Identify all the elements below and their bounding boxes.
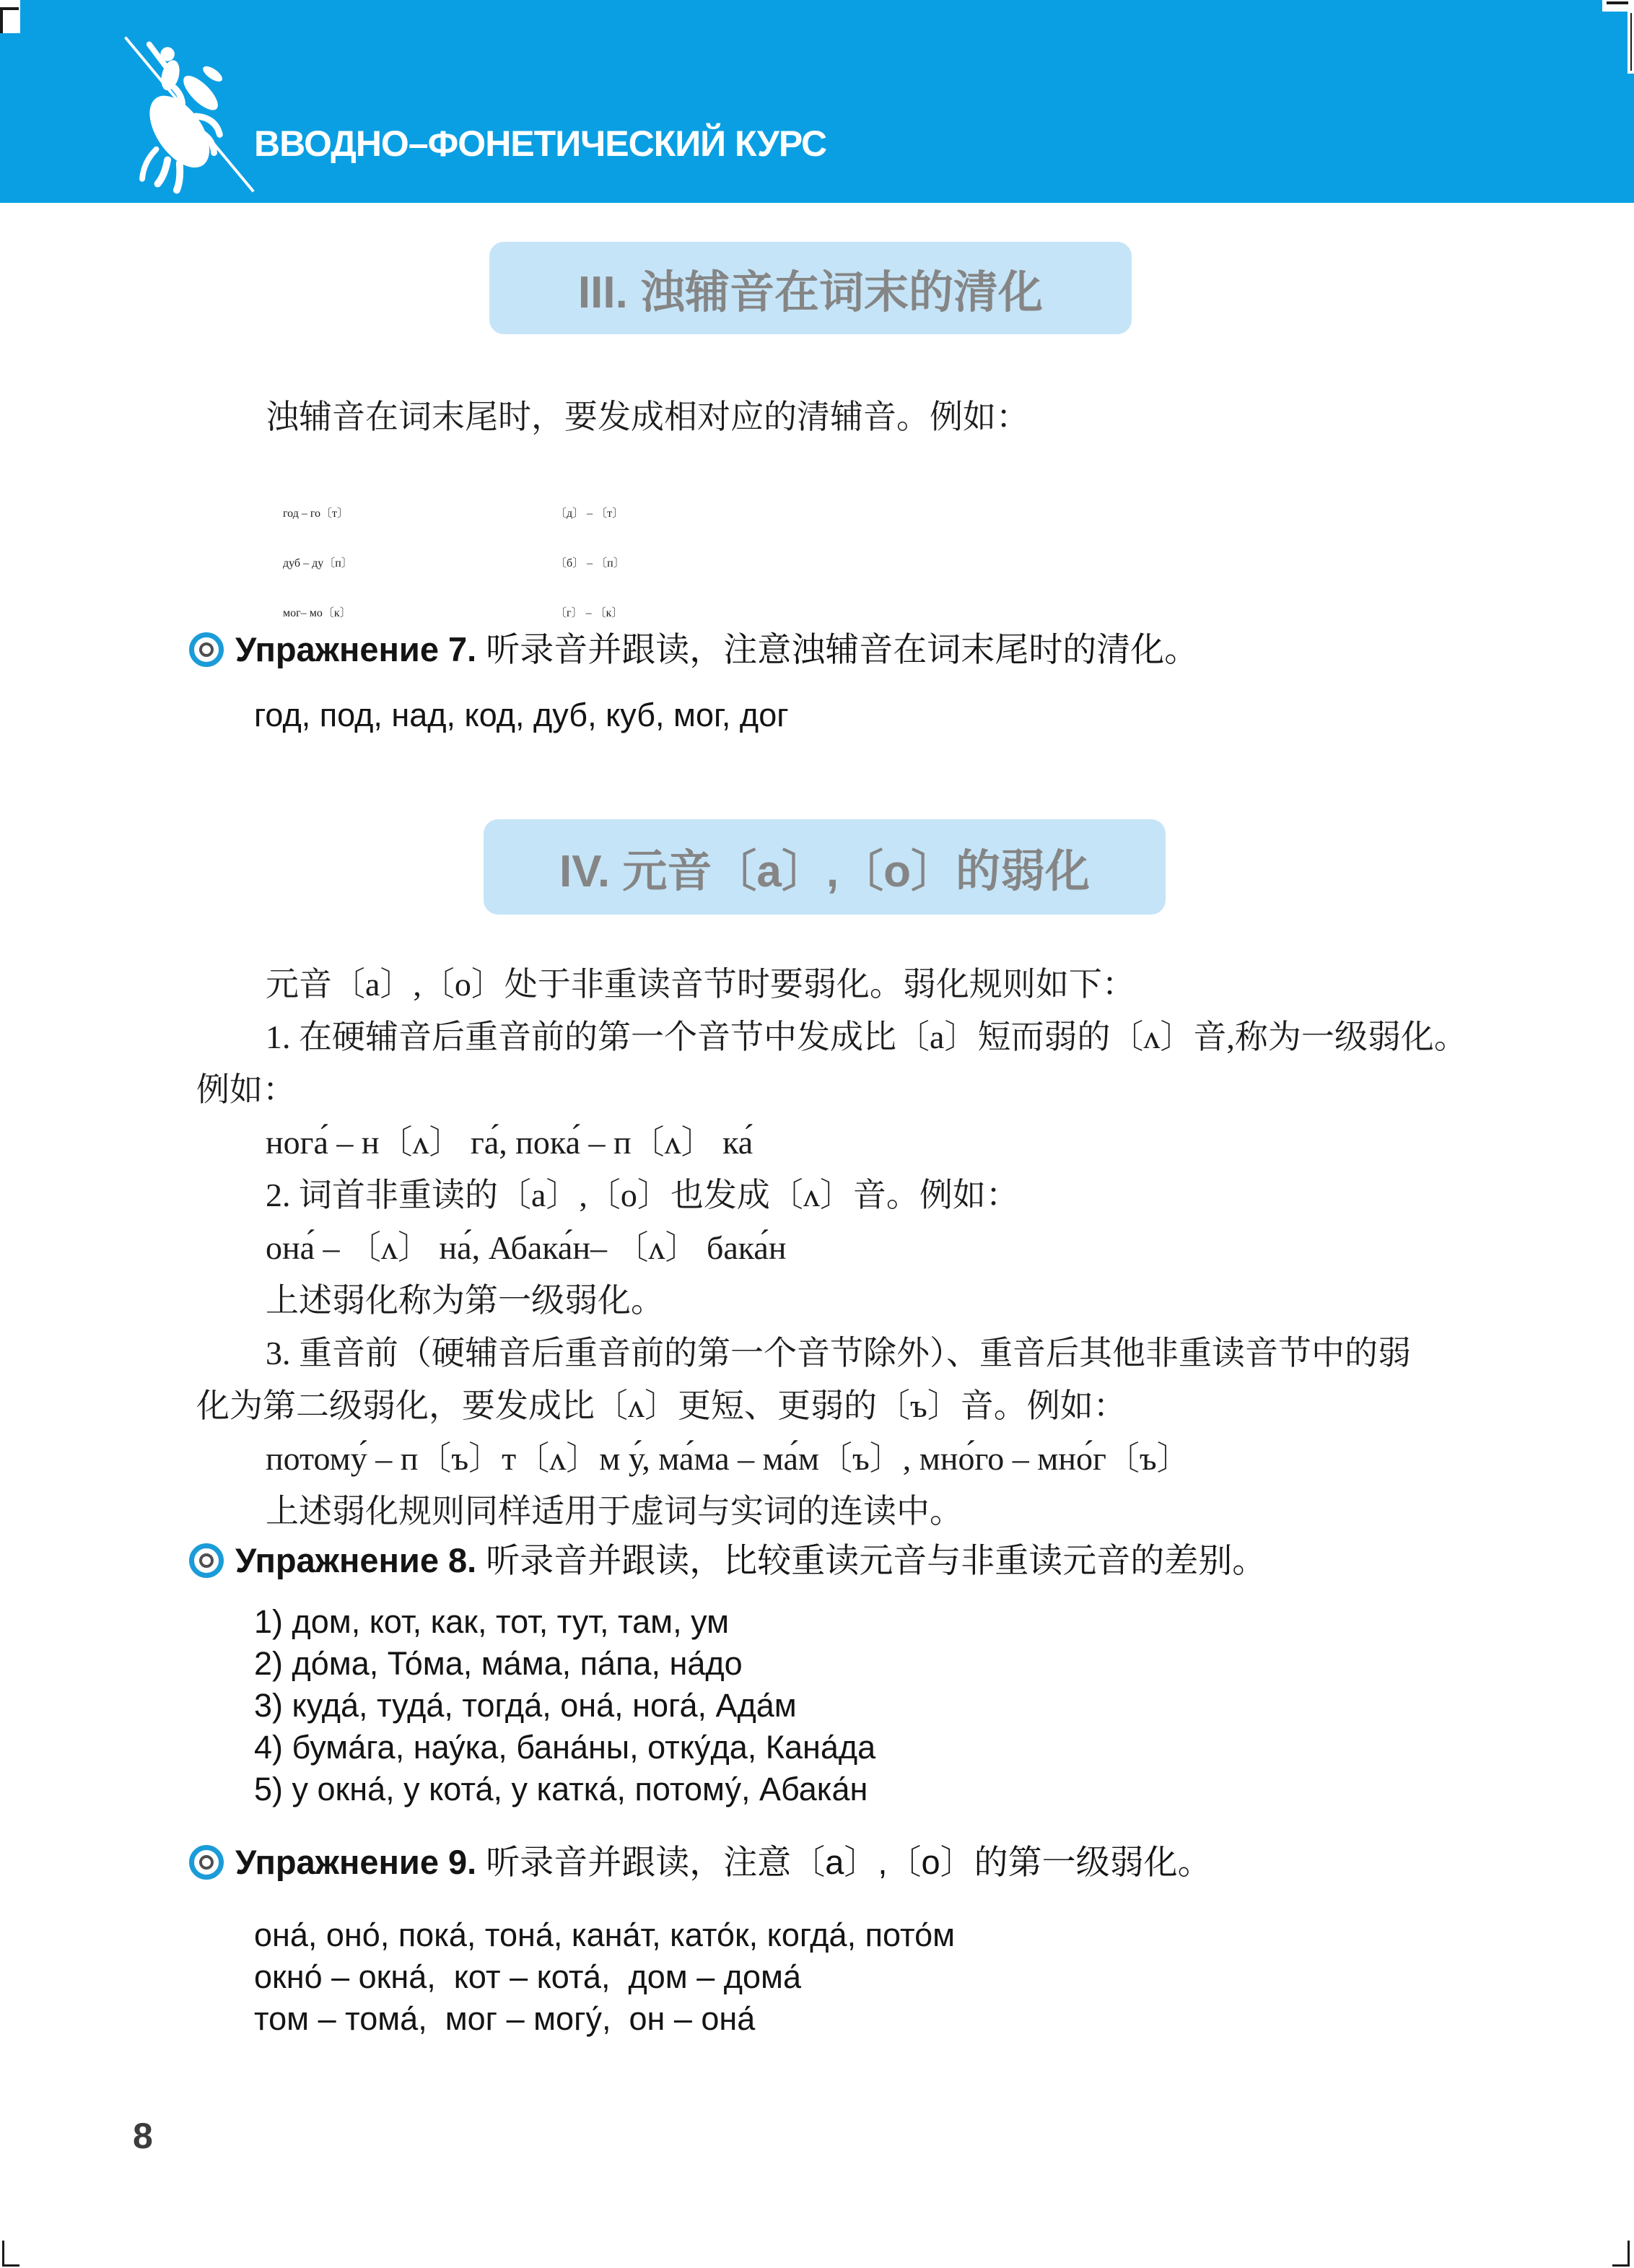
russian-example-line: она́ – 〔ʌ〕 на́, Абака́н– 〔ʌ〕 бака́н xyxy=(196,1221,1546,1274)
body-paragraph: 1. 在硬辅音后重音前的第一个音节中发成比〔a〕短而弱的〔ʌ〕音,称为一级弱化。 xyxy=(196,1011,1546,1063)
exercise-9-instruction: 听录音并跟读，注意〔a〕,〔o〕的第一级弱化。 xyxy=(486,1843,1211,1881)
example-word: год – го〔т〕 xyxy=(283,489,555,538)
word-list-line: 2) до́ма, То́ма, ма́ма, па́па, на́до xyxy=(254,1643,875,1685)
exercise-7-instruction: 听录音并跟读，注意浊辅音在词末尾时的清化。 xyxy=(486,630,1198,668)
body-paragraph: 上述弱化称为第一级弱化。 xyxy=(196,1274,1546,1327)
body-paragraph: 化为第二级弱化，要发成比〔ʌ〕更短、更弱的〔ъ〕音。例如： xyxy=(196,1379,1546,1432)
exercise-8-words: 1) дом, кот, как, тот, тут, там, ум 2) д… xyxy=(254,1601,875,1810)
exercise-8-header: Упражнение 8. 听录音并跟读，比较重读元音与非重读元音的差别。 xyxy=(189,1540,1266,1581)
textbook-page: ВВОДНО–ФОНЕТИЧЕСКИЙ КУРС III. 浊辅音在词末的清化 … xyxy=(0,0,1634,2268)
word-list-line: том – тома́, мог – могу́, он – она́ xyxy=(254,1998,955,2040)
word-list-line: она́, оно́, пока́, тона́, кана́т, като́к… xyxy=(254,1914,955,1956)
body-paragraph: 元音〔a〕,〔o〕处于非重读音节时要弱化。弱化规则如下： xyxy=(196,958,1546,1011)
body-paragraph: 2. 词首非重读的〔a〕,〔o〕也发成〔ʌ〕音。例如： xyxy=(196,1169,1546,1221)
crop-mark xyxy=(1607,1,1628,4)
example-sounds: 〔г〕 – 〔к〕 xyxy=(555,607,623,619)
exercise-8-instruction: 听录音并跟读，比较重读元音与非重读元音的差别。 xyxy=(486,1541,1266,1579)
example-sounds: 〔д〕 – 〔т〕 xyxy=(555,507,624,520)
crop-mark xyxy=(2,2264,19,2267)
crop-mark xyxy=(1612,2264,1630,2267)
example-sounds: 〔б〕 – 〔п〕 xyxy=(555,557,625,570)
exercise-7-words: год, под, над, код, дуб, куб, мог, дог xyxy=(254,694,789,736)
exercise-7-header: Упражнение 7. 听录音并跟读，注意浊辅音在词末尾时的清化。 xyxy=(189,629,1198,670)
exercise-9-words: она́, оно́, пока́, тона́, кана́т, като́к… xyxy=(254,1914,955,2040)
exercise-7-label: Упражнение 7. xyxy=(235,630,476,668)
page-number: 8 xyxy=(133,2115,153,2157)
audio-target-icon xyxy=(189,632,224,667)
section-iv-title: IV. 元音〔a〕,〔o〕的弱化 xyxy=(559,835,1090,899)
russian-example-line: потому́ – п〔ъ〕т〔ʌ〕м у́, ма́ма – ма́м〔ъ〕,… xyxy=(196,1432,1546,1485)
example-word: дуб – ду〔п〕 xyxy=(283,538,555,588)
exercise-9-line: Упражнение 9. 听录音并跟读，注意〔a〕,〔o〕的第一级弱化。 xyxy=(235,1842,1212,1883)
crop-mark xyxy=(2,2241,4,2267)
word-list-line: год, под, над, код, дуб, куб, мог, дог xyxy=(254,694,789,736)
section-iv-body: 元音〔a〕,〔o〕处于非重读音节时要弱化。弱化规则如下： 1. 在硬辅音后重音前… xyxy=(196,958,1546,1538)
crop-mark xyxy=(1630,13,1632,71)
page-header-band: ВВОДНО–ФОНЕТИЧЕСКИЙ КУРС xyxy=(0,0,1634,203)
horse-rider-logo-icon xyxy=(113,32,261,196)
exercise-8-label: Упражнение 8. xyxy=(235,1541,476,1579)
russian-example-line: нога́ – н〔ʌ〕 га́, пока́ – п〔ʌ〕 ка́ xyxy=(196,1116,1546,1169)
word-list-line: 4) бума́га, нау́ка, бана́ны, отку́да, Ка… xyxy=(254,1727,875,1768)
section-iii-heading: III. 浊辅音在词末的清化 xyxy=(489,242,1132,334)
body-paragraph: 3. 重音前（硬辅音后重音前的第一个音节除外）、重音后其他非重读音节中的弱 xyxy=(196,1327,1546,1379)
body-paragraph: 例如： xyxy=(196,1063,1546,1116)
body-paragraph: 上述弱化规则同样适用于虚词与实词的连读中。 xyxy=(196,1485,1546,1538)
exercise-7-line: Упражнение 7. 听录音并跟读，注意浊辅音在词末尾时的清化。 xyxy=(235,629,1198,670)
word-list-line: 5) у окна́, у кота́, у катка́, потому́, … xyxy=(254,1768,875,1810)
exercise-9-header: Упражнение 9. 听录音并跟读，注意〔a〕,〔o〕的第一级弱化。 xyxy=(189,1842,1212,1883)
exercise-8-line: Упражнение 8. 听录音并跟读，比较重读元音与非重读元音的差别。 xyxy=(235,1540,1266,1581)
exercise-9-label: Упражнение 9. xyxy=(235,1843,476,1881)
audio-target-icon xyxy=(189,1845,224,1880)
section-iii-title: III. 浊辅音在词末的清化 xyxy=(578,256,1043,320)
section-iii-examples: год – го〔т〕〔д〕 – 〔т〕 дуб – ду〔п〕〔б〕 – 〔п… xyxy=(266,439,625,588)
section-iii-intro: 浊辅音在词末尾时，要发成相对应的清辅音。例如： xyxy=(266,396,1029,439)
section-iv-heading: IV. 元音〔a〕,〔o〕的弱化 xyxy=(484,819,1166,915)
word-list-line: окно́ – окна́, кот – кота́, дом – дома́ xyxy=(254,1956,955,1998)
phonetic-example-row: год – го〔т〕〔д〕 – 〔т〕 xyxy=(266,439,625,489)
crop-mark xyxy=(1628,2241,1630,2267)
word-list-line: 3) куда́, туда́, тогда́, она́, нога́, Ад… xyxy=(254,1685,875,1727)
crop-mark xyxy=(0,7,3,33)
crop-mark xyxy=(0,0,20,33)
audio-target-icon xyxy=(189,1543,224,1578)
course-title: ВВОДНО–ФОНЕТИЧЕСКИЙ КУРС xyxy=(254,123,826,165)
word-list-line: 1) дом, кот, как, тот, тут, там, ум xyxy=(254,1601,875,1643)
